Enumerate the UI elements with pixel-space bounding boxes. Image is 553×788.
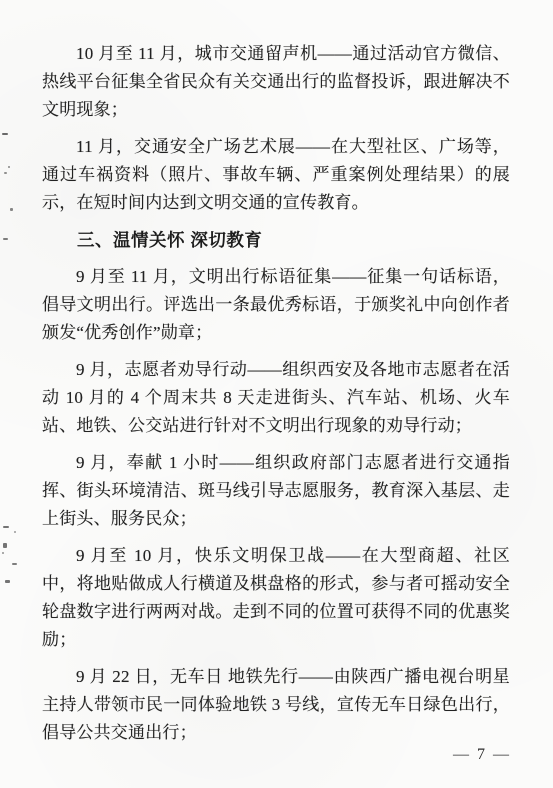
paragraph: 11 月，交通安全广场艺术展——在大型社区、广场等，通过车祸资料（照片、事故车辆… — [42, 133, 510, 217]
scan-artifact — [14, 531, 16, 533]
scan-artifact — [8, 166, 10, 168]
scanned-document-page: 10 月至 11 月，城市交通留声机——通过活动官方微信、热线平台征集全省民众有… — [0, 0, 553, 788]
paragraph: 9 月至 10 月，快乐文明保卫战——在大型商超、社区中，将地贴做成人行横道及棋… — [42, 542, 510, 654]
scan-artifact — [10, 208, 13, 211]
scan-artifact — [5, 580, 10, 583]
paragraph: 9 月 22 日，无车日 地铁先行——由陕西广播电视台明星主持人带领市民一同体验… — [42, 663, 510, 747]
scan-artifact — [3, 238, 8, 240]
scan-artifact — [3, 543, 7, 548]
scan-artifact — [2, 133, 8, 135]
scan-artifact — [12, 563, 17, 565]
scan-artifact — [4, 172, 7, 174]
paragraph: 9 月，奉献 1 小时——组织政府部门志愿者进行交通指挥、街头环境清洁、斑马线引… — [42, 449, 510, 533]
paragraph: 9 月至 11 月，文明出行标语征集——征集一句话标语，倡导文明出行。评选出一条… — [42, 263, 510, 347]
scan-artifact — [3, 526, 9, 528]
paragraph: 9 月，志愿者劝导行动——组织西安及各地市志愿者在活动 10 月的 4 个周末共… — [42, 356, 510, 440]
paragraph: 10 月至 11 月，城市交通留声机——通过活动官方微信、热线平台征集全省民众有… — [42, 40, 510, 124]
scan-artifact — [2, 552, 4, 554]
page-number: — 7 — — [453, 746, 511, 764]
section-heading: 三、温情关怀 深切教育 — [42, 226, 510, 254]
